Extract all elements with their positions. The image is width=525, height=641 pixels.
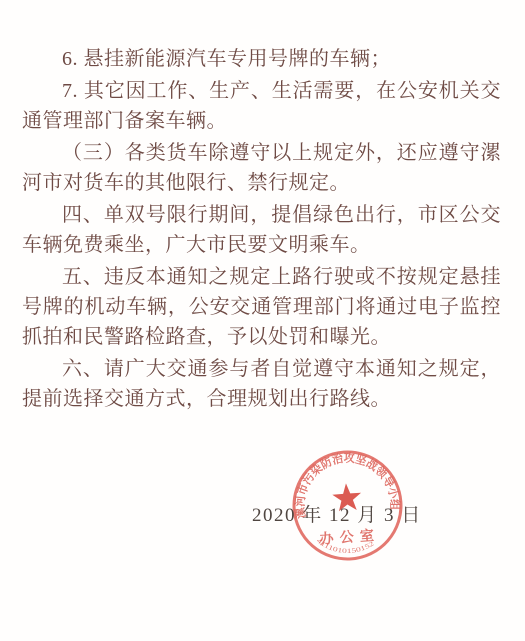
body-paragraph: 7. 其它因工作、生产、生活需要，在公安机关交通管理部门备案车辆。 [22, 76, 501, 136]
body-paragraph: 五、违反本通知之规定上路行驶或不按规定悬挂号牌的机动车辆，公安交通管理部门将通过… [22, 262, 501, 352]
body-paragraph: 四、单双号限行期间，提倡绿色出行，市区公交车辆免费乘坐，广大市民要文明乘车。 [22, 200, 501, 260]
body-paragraph: 6. 悬挂新能源汽车专用号牌的车辆； [22, 44, 501, 74]
document-page: 6. 悬挂新能源汽车专用号牌的车辆； 7. 其它因工作、生产、生活需要，在公安机… [0, 0, 525, 641]
body-paragraph: （三）各类货车除遵守以上规定外，还应遵守漯河市对货车的其他限行、禁行规定。 [22, 138, 501, 198]
body-paragraph: 六、请广大交通参与者自觉遵守本通知之规定，提前选择交通方式，合理规划出行路线。 [22, 354, 501, 414]
notice-body: 6. 悬挂新能源汽车专用号牌的车辆； 7. 其它因工作、生产、生活需要，在公安机… [22, 44, 501, 416]
issue-date: 2020 年 12 月 3 日 [252, 500, 452, 527]
